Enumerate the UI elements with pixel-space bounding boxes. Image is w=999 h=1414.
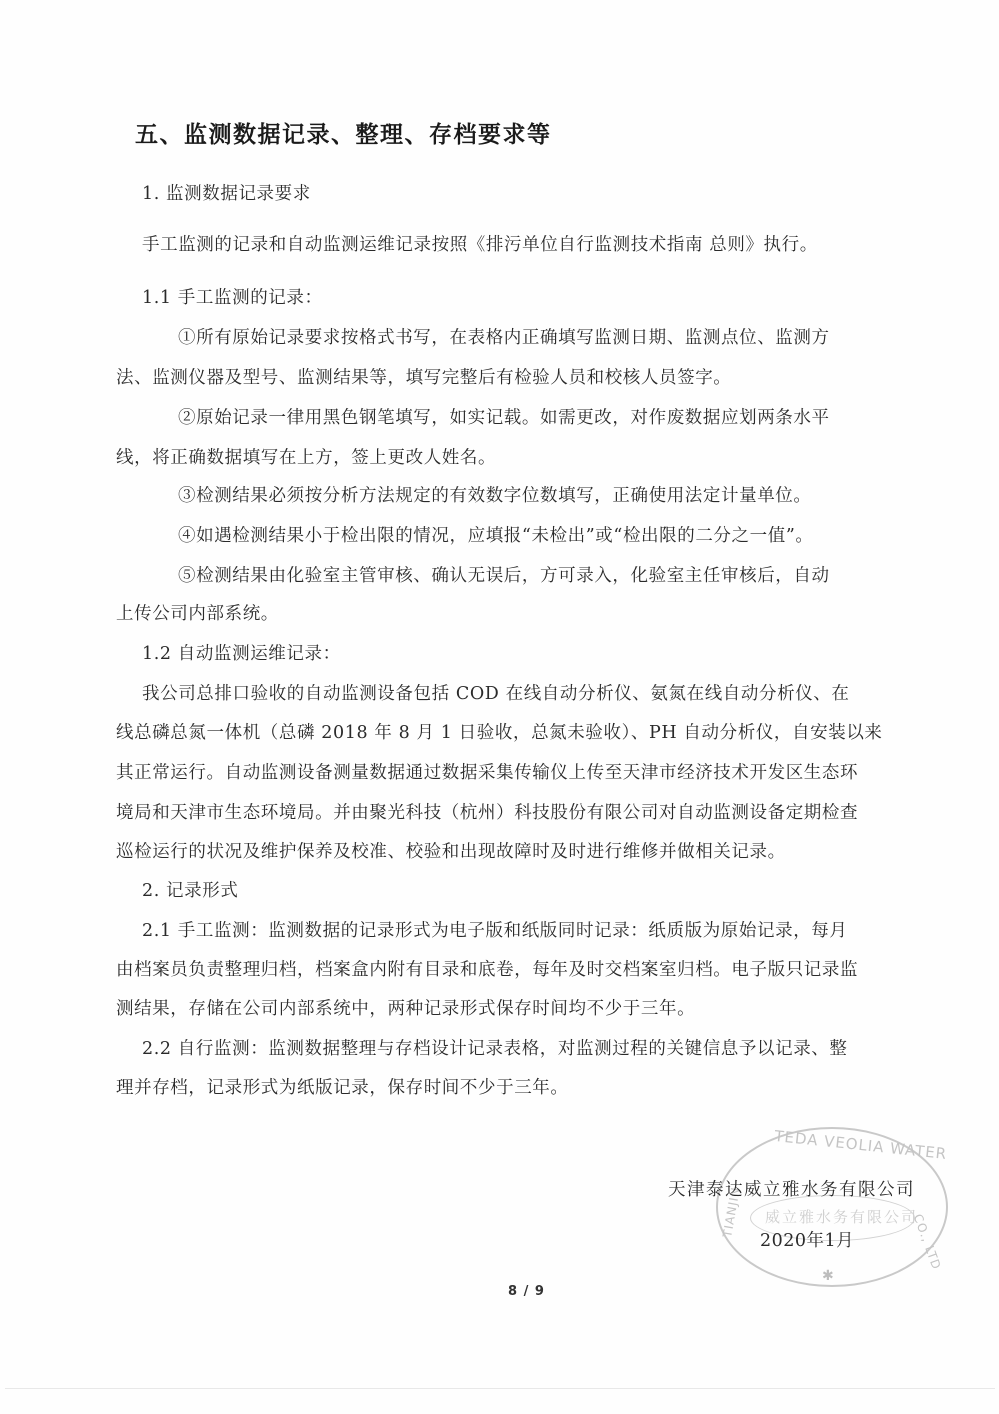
- page-number: 8 / 9: [508, 1284, 545, 1299]
- rule-5-line-1: ⑤检测结果由化验室主管审核、确认无误后，方可录入，化验室主任审核后，自动: [178, 564, 830, 588]
- subsection-1-1-title: 1.1 手工监测的记录：: [142, 286, 323, 310]
- manual-record-line-3: 测结果，存储在公司内部系统中，两种记录形式保存时间均不少于三年。: [116, 997, 695, 1021]
- seal-inner-text: 威立雅水务有限公司: [765, 1206, 918, 1227]
- auto-monitoring-line-3: 其正常运行。自动监测设备测量数据通过数据采集传输仪上传至天津市经济技术开发区生态…: [116, 761, 858, 785]
- document-page: 五、监测数据记录、整理、存档要求等 1. 监测数据记录要求 手工监测的记录和自动…: [0, 0, 999, 1414]
- section-1-intro: 手工监测的记录和自动监测运维记录按照《排污单位自行监测技术指南 总则》执行。: [142, 233, 818, 257]
- auto-monitoring-line-2: 线总磷总氮一体机（总磷 2018 年 8 月 1 日验收，总氮未验收）、PH 自…: [116, 721, 883, 745]
- rule-1-line-2: 法、监测仪器及型号、监测结果等，填写完整后有检验人员和校核人员签字。: [116, 366, 731, 390]
- self-monitoring-line-1: 2.2 自行监测：监测数据整理与存档设计记录表格，对监测过程的关键信息予以记录、…: [142, 1037, 848, 1061]
- auto-monitoring-line-5: 巡检运行的状况及维护保养及校准、校验和出现故障时及时进行维修并做相关记录。: [116, 840, 786, 864]
- auto-monitoring-line-4: 境局和天津市生态环境局。并由聚光科技（杭州）科技股份有限公司对自动监测设备定期检…: [116, 801, 858, 825]
- rule-2-line-1: ②原始记录一律用黑色钢笔填写，如实记载。如需更改，对作废数据应划两条水平: [178, 406, 830, 430]
- rule-5-line-2: 上传公司内部系统。: [116, 602, 279, 626]
- manual-record-line-2: 由档案员负责整理归档，档案盒内附有目录和底卷，每年及时交档案室归档。电子版只记录…: [116, 958, 858, 982]
- seal-star-icon: ✱: [822, 1268, 834, 1284]
- signature-date: 2020年1月: [760, 1227, 854, 1252]
- subsection-1-2-title: 1.2 自动监测运维记录：: [142, 642, 341, 666]
- rule-1-line-1: ①所有原始记录要求按格式书写，在表格内正确填写监测日期、监测点位、监测方: [178, 326, 830, 350]
- section-1-title: 1. 监测数据记录要求: [142, 182, 311, 206]
- self-monitoring-line-2: 理并存档，记录形式为纸版记录，保存时间不少于三年。: [116, 1076, 569, 1100]
- manual-record-line-1: 2.1 手工监测：监测数据的记录形式为电子版和纸版同时记录：纸质版为原始记录，每…: [142, 919, 848, 943]
- rule-2-line-2: 线，将正确数据填写在上方，签上更改人姓名。: [116, 446, 496, 470]
- section-2-title: 2. 记录形式: [142, 879, 238, 903]
- scan-edge-divider: [5, 1388, 995, 1389]
- rule-4: ④如遇检测结果小于检出限的情况，应填报“未检出”或“检出限的二分之一值”。: [178, 524, 813, 548]
- rule-3: ③检测结果必须按分析方法规定的有效数字位数填写，正确使用法定计量单位。: [178, 484, 812, 508]
- auto-monitoring-line-1: 我公司总排口验收的自动监测设备包括 COD 在线自动分析仪、氨氮在线自动分析仪、…: [142, 682, 850, 706]
- section-heading: 五、监测数据记录、整理、存档要求等: [135, 116, 552, 149]
- signature-company: 天津泰达威立雅水务有限公司: [668, 1176, 915, 1201]
